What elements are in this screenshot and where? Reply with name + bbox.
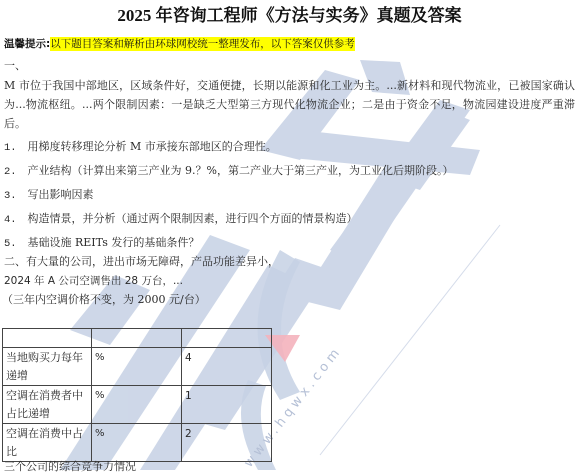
table-header-cell (92, 329, 182, 348)
table-cell-value: 4 (182, 348, 272, 386)
section2-line-3: （三年内空调价格不变，为 2000 元/台） (2, 290, 206, 310)
table-header-row (3, 329, 272, 348)
table-header-cell (182, 329, 272, 348)
question-number: 2. (4, 162, 24, 182)
section2-heading: 二、有大量的公司，进出市场无障碍，产品功能差异小， (4, 252, 279, 272)
table-header-cell (3, 329, 92, 348)
table-cell-label: 空调在消费者中占比递增 (3, 386, 92, 424)
document-title: 2025 年咨询工程师《方法与实务》真题及答案 (0, 4, 579, 28)
question-2: 2. 产业结构（计算出来第三产业为 9.？%，第二产业大于第三产业，为工业化后期… (4, 161, 453, 182)
section2-after-table: 三个公司的综合竞争力情况 (4, 458, 136, 476)
table-cell-value: 2 (182, 424, 272, 462)
table-cell-unit: % (92, 424, 182, 462)
document-page: www.hqwx.com 2025 年咨询工程师《方法与实务》真题及答案 温馨提… (0, 0, 579, 476)
question-text: 构造情景，并分析（通过两个限制因素，进行四个方面的情景构造） (28, 212, 358, 225)
table-cell-label: 当地购买力每年递增 (3, 348, 92, 386)
question-1: 1. 用梯度转移理论分析 M 市承接东部地区的合理性。 (4, 137, 277, 158)
table-cell-unit: % (92, 348, 182, 386)
question-number: 5. (4, 234, 24, 254)
table-cell-value: 1 (182, 386, 272, 424)
table-cell-unit: % (92, 386, 182, 424)
notice-label: 温馨提示: (4, 38, 50, 50)
question-text: 基础设施 REITs 发行的基础条件？ (28, 236, 200, 249)
notice-highlighted-text: 以下题目答案和解析由环球网校统一整理发布，以下答案仅供参考 (50, 37, 355, 51)
table-row: 空调在消费者中占比递增 % 1 (3, 386, 272, 424)
question-number: 3. (4, 186, 24, 206)
section1-heading: 一、 (4, 56, 26, 76)
section2-line-2: 2024 年 A 公司空调售出 28 万台，... (4, 271, 183, 291)
question-number: 1. (4, 138, 24, 158)
question-text: 写出影响因素 (28, 188, 94, 201)
table-row: 当地购买力每年递增 % 4 (3, 348, 272, 386)
question-text: 用梯度转移理论分析 M 市承接东部地区的合理性。 (28, 140, 277, 153)
table-cell-label: 空调在消费中占比 (3, 424, 92, 462)
question-3: 3. 写出影响因素 (4, 185, 94, 206)
question-number: 4. (4, 210, 24, 230)
question-text: 产业结构（计算出来第三产业为 9.？%，第二产业大于第三产业，为工业化后期阶段。… (28, 164, 454, 177)
section1-paragraph: M 市位于我国中部地区，区域条件好，交通便捷，长期以能源和化工业为主。...新材… (4, 76, 575, 133)
question-5: 5. 基础设施 REITs 发行的基础条件？ (4, 233, 199, 254)
notice-banner: 温馨提示:以下题目答案和解析由环球网校统一整理发布，以下答案仅供参考 (4, 36, 355, 52)
data-table: 当地购买力每年递增 % 4 空调在消费者中占比递增 % 1 空调在消费中占比 %… (2, 328, 272, 462)
question-4: 4. 构造情景，并分析（通过两个限制因素，进行四个方面的情景构造） (4, 209, 358, 230)
table-row: 空调在消费中占比 % 2 (3, 424, 272, 462)
